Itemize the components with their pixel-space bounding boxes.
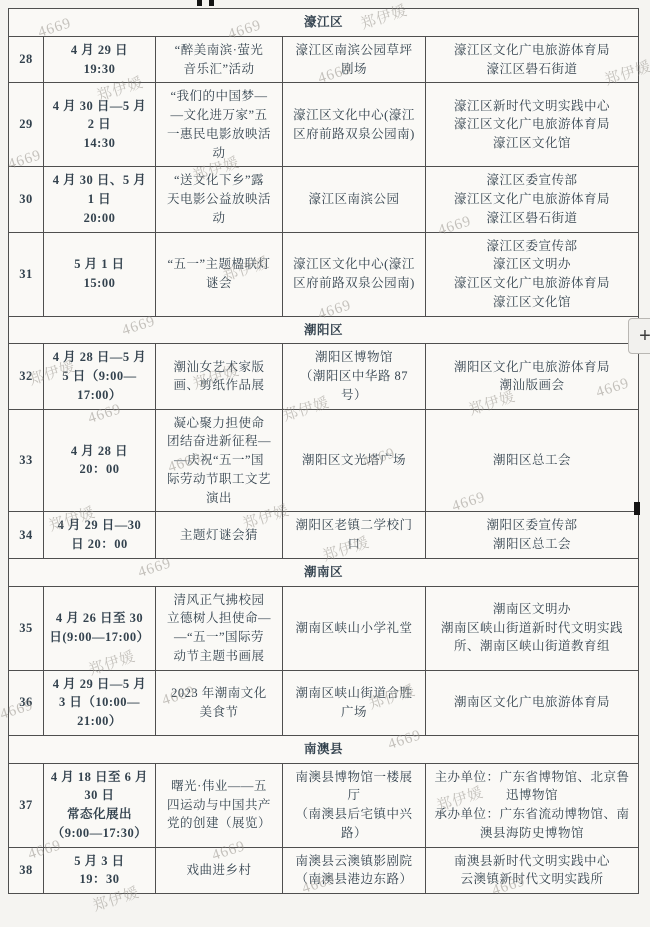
event-name: “送文化下乡”露 天电影公益放映活 动: [156, 167, 283, 232]
table-row: 315 月 1 日 15:00“五一”主题楹联灯 谜会濠江区文化中心(濠江 区府…: [9, 232, 639, 316]
row-number: 33: [9, 409, 44, 512]
table-row: 385 月 3 日 19：30戏曲进乡村南澳县云澳镇影剧院 （南澳县港边东路）南…: [9, 847, 639, 894]
event-date-time: 4 月 26 日至 30 日(9:00—17:00）: [44, 586, 156, 670]
cropped-text-artifact: [197, 0, 202, 6]
event-organizer: 南澳县新时代文明实践中心 云澳镇新时代文明实践所: [426, 847, 639, 894]
row-number: 35: [9, 586, 44, 670]
district-section-row: 南澳县: [9, 735, 639, 763]
table-row: 364 月 29 日—5 月 3 日（10:00— 21:00）2023 年潮南…: [9, 670, 639, 735]
event-location: 濠江区南滨公园: [283, 167, 426, 232]
table-row: 294 月 30 日—5 月 2 日 14:30“我们的中国梦— —文化进万家”…: [9, 83, 639, 167]
event-organizer: 濠江区新时代文明实践中心 濠江区文化广电旅游体育局 濠江区文化馆: [426, 83, 639, 167]
event-organizer: 主办单位：广东省博物馆、北京鲁 迅博物馆 承办单位：广东省流动博物馆、南 澳县海…: [426, 763, 639, 847]
event-name: 戏曲进乡村: [156, 847, 283, 894]
event-name: 主题灯谜会猜: [156, 512, 283, 559]
event-date-time: 4 月 29 日—30 日 20：00: [44, 512, 156, 559]
event-organizer: 濠江区文化广电旅游体育局 濠江区礐石街道: [426, 36, 639, 83]
event-location: 濠江区文化中心(濠江 区府前路双泉公园南): [283, 83, 426, 167]
event-name: “醉美南滨·萤光 音乐汇”活动: [156, 36, 283, 83]
district-header: 南澳县: [9, 735, 639, 763]
event-location: 潮阳区博物馆 （潮阳区中华路 87 号）: [283, 344, 426, 409]
event-date-time: 4 月 30 日、5 月 1 日 20:00: [44, 167, 156, 232]
event-organizer: 濠江区委宣传部 濠江区文化广电旅游体育局 濠江区礐石街道: [426, 167, 639, 232]
event-name: 凝心聚力担使命 团结奋进新征程— —庆祝“五一”国 际劳动节职工文艺 演出: [156, 409, 283, 512]
row-number: 31: [9, 232, 44, 316]
event-location: 濠江区文化中心(濠江 区府前路双泉公园南): [283, 232, 426, 316]
row-number: 28: [9, 36, 44, 83]
row-number: 37: [9, 763, 44, 847]
event-organizer: 潮南区文化广电旅游体育局: [426, 670, 639, 735]
event-date-time: 4 月 28 日—5 月 5 日（9:00— 17:00）: [44, 344, 156, 409]
event-date-time: 4 月 29 日—5 月 3 日（10:00— 21:00）: [44, 670, 156, 735]
row-number: 36: [9, 670, 44, 735]
event-organizer: 潮南区文明办 潮南区峡山街道新时代文明实践 所、潮南区峡山街道教育组: [426, 586, 639, 670]
district-header: 潮阳区: [9, 316, 639, 344]
event-organizer: 潮阳区文化广电旅游体育局 潮汕版画会: [426, 344, 639, 409]
table-row: 354 月 26 日至 30 日(9:00—17:00）清风正气拂校园 立德树人…: [9, 586, 639, 670]
district-section-row: 濠江区: [9, 9, 639, 37]
event-date-time: 5 月 3 日 19：30: [44, 847, 156, 894]
event-location: 潮阳区文光塔广场: [283, 409, 426, 512]
district-section-row: 潮阳区: [9, 316, 639, 344]
document-photo: 4669郑伊媛4669郑伊媛郑伊媛46694669郑伊媛4669郑伊媛46694…: [0, 0, 650, 927]
row-number: 38: [9, 847, 44, 894]
event-location: 潮阳区老镇二学校门 口: [283, 512, 426, 559]
event-location: 潮南区峡山小学礼堂: [283, 586, 426, 670]
row-number: 32: [9, 344, 44, 409]
event-date-time: 4 月 18 日至 6 月 30 日 常态化展出 （9:00—17:30）: [44, 763, 156, 847]
event-organizer: 潮阳区总工会: [426, 409, 639, 512]
event-location: 南澳县云澳镇影剧院 （南澳县港边东路）: [283, 847, 426, 894]
district-header: 濠江区: [9, 9, 639, 37]
table-row: 324 月 28 日—5 月 5 日（9:00— 17:00）潮汕女艺术家版 画…: [9, 344, 639, 409]
event-name: 潮汕女艺术家版 画、剪纸作品展: [156, 344, 283, 409]
zoom-in-button[interactable]: +: [628, 318, 650, 354]
row-number: 30: [9, 167, 44, 232]
event-date-time: 4 月 30 日—5 月 2 日 14:30: [44, 83, 156, 167]
event-name: “我们的中国梦— —文化进万家”五 一惠民电影放映活 动: [156, 83, 283, 167]
event-date-time: 5 月 1 日 15:00: [44, 232, 156, 316]
row-number: 29: [9, 83, 44, 167]
event-schedule-table: 濠江区284 月 29 日 19:30“醉美南滨·萤光 音乐汇”活动濠江区南滨公…: [8, 8, 639, 894]
district-header: 潮南区: [9, 558, 639, 586]
table-row: 334 月 28 日 20：00凝心聚力担使命 团结奋进新征程— —庆祝“五一”…: [9, 409, 639, 512]
event-name: 2023 年潮南文化 美食节: [156, 670, 283, 735]
event-location: 濠江区南滨公园草坪 剧场: [283, 36, 426, 83]
event-organizer: 潮阳区委宣传部 潮阳区总工会: [426, 512, 639, 559]
event-name: 清风正气拂校园 立德树人担使命— —“五一”国际劳 动节主题书画展: [156, 586, 283, 670]
event-name: 曙光·伟业——五 四运动与中国共产 党的创建（展览）: [156, 763, 283, 847]
district-section-row: 潮南区: [9, 558, 639, 586]
table-row: 304 月 30 日、5 月 1 日 20:00“送文化下乡”露 天电影公益放映…: [9, 167, 639, 232]
table-row: 374 月 18 日至 6 月 30 日 常态化展出 （9:00—17:30）曙…: [9, 763, 639, 847]
event-location: 南澳县博物馆一楼展 厅 （南澳县后宅镇中兴 路）: [283, 763, 426, 847]
event-organizer: 濠江区委宣传部 濠江区文明办 濠江区文化广电旅游体育局 濠江区文化馆: [426, 232, 639, 316]
event-location: 潮南区峡山街道合胜 广场: [283, 670, 426, 735]
event-name: “五一”主题楹联灯 谜会: [156, 232, 283, 316]
table-row: 344 月 29 日—30 日 20：00主题灯谜会猜潮阳区老镇二学校门 口潮阳…: [9, 512, 639, 559]
row-number: 34: [9, 512, 44, 559]
event-date-time: 4 月 28 日 20：00: [44, 409, 156, 512]
edge-mark-artifact: [634, 502, 640, 515]
event-date-time: 4 月 29 日 19:30: [44, 36, 156, 83]
cropped-text-artifact: [209, 0, 214, 6]
table-row: 284 月 29 日 19:30“醉美南滨·萤光 音乐汇”活动濠江区南滨公园草坪…: [9, 36, 639, 83]
